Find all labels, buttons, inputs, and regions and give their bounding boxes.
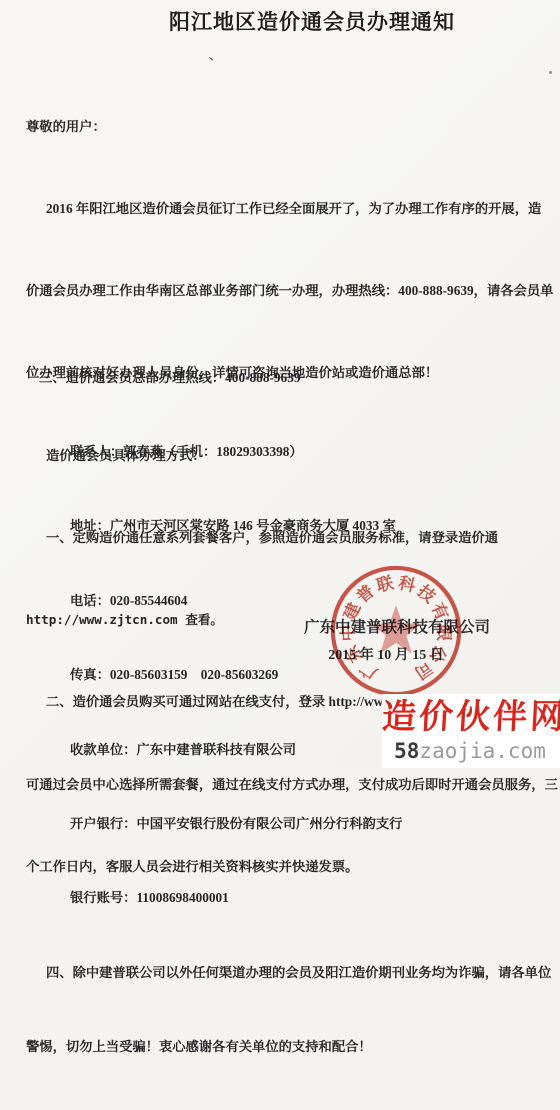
contact-fax-line: 传真：020-85603159 020-85603269 xyxy=(26,663,548,688)
watermark-site-url: 58zaojia.com xyxy=(382,739,558,763)
contact-address-line: 地址：广州市天河区棠安路 146 号金豪商务大厦 4033 室 xyxy=(26,514,548,539)
intro-line-1: 2016 年阳江地区造价通会员征订工作已经全面展开了，为了办理工作有序的开展，造 xyxy=(26,195,548,222)
page-title: 阳江地区造价通会员办理通知 xyxy=(64,5,560,39)
watermark-site-name: 造价伙伴网 xyxy=(382,698,559,738)
contact-phone-line: 电话：020-85544604 xyxy=(26,589,548,614)
seal-star-icon xyxy=(371,605,422,653)
svg-text:联: 联 xyxy=(375,572,396,595)
svg-text:有: 有 xyxy=(428,600,453,624)
salutation: 尊敬的用户： xyxy=(26,113,548,140)
svg-text:限: 限 xyxy=(434,624,454,642)
svg-text:司: 司 xyxy=(411,658,436,683)
svg-text:科: 科 xyxy=(397,572,418,595)
scan-stray-mark: 、 xyxy=(207,43,224,65)
watermark-panel: 造价伙伴网 58zaojia.com xyxy=(382,694,560,768)
scanned-notice-page: 阳江地区造价通会员办理通知 、 尊敬的用户： 2016 年阳江地区造价通会员征订… xyxy=(0,0,560,768)
company-seal-stamp: 广东中建普联科技有限公司 xyxy=(327,562,465,700)
svg-text:中: 中 xyxy=(337,624,358,642)
svg-text:东: 东 xyxy=(341,642,367,667)
watermark-url-rest: zaojia.com xyxy=(419,739,545,763)
contact-person-line: 联系人：郭春燕（手机：18029303398） xyxy=(26,440,548,465)
watermark-url-prefix: 58 xyxy=(394,739,419,763)
intro-line-2: 价通会员办理工作由华南区总部业务部门统一办理，办理热线：400-888-9639… xyxy=(26,277,548,304)
scan-dot-artifact xyxy=(549,71,552,74)
item3-hotline-line: 三、造价通会员总部办理热线：400-888-9639 xyxy=(26,366,548,391)
